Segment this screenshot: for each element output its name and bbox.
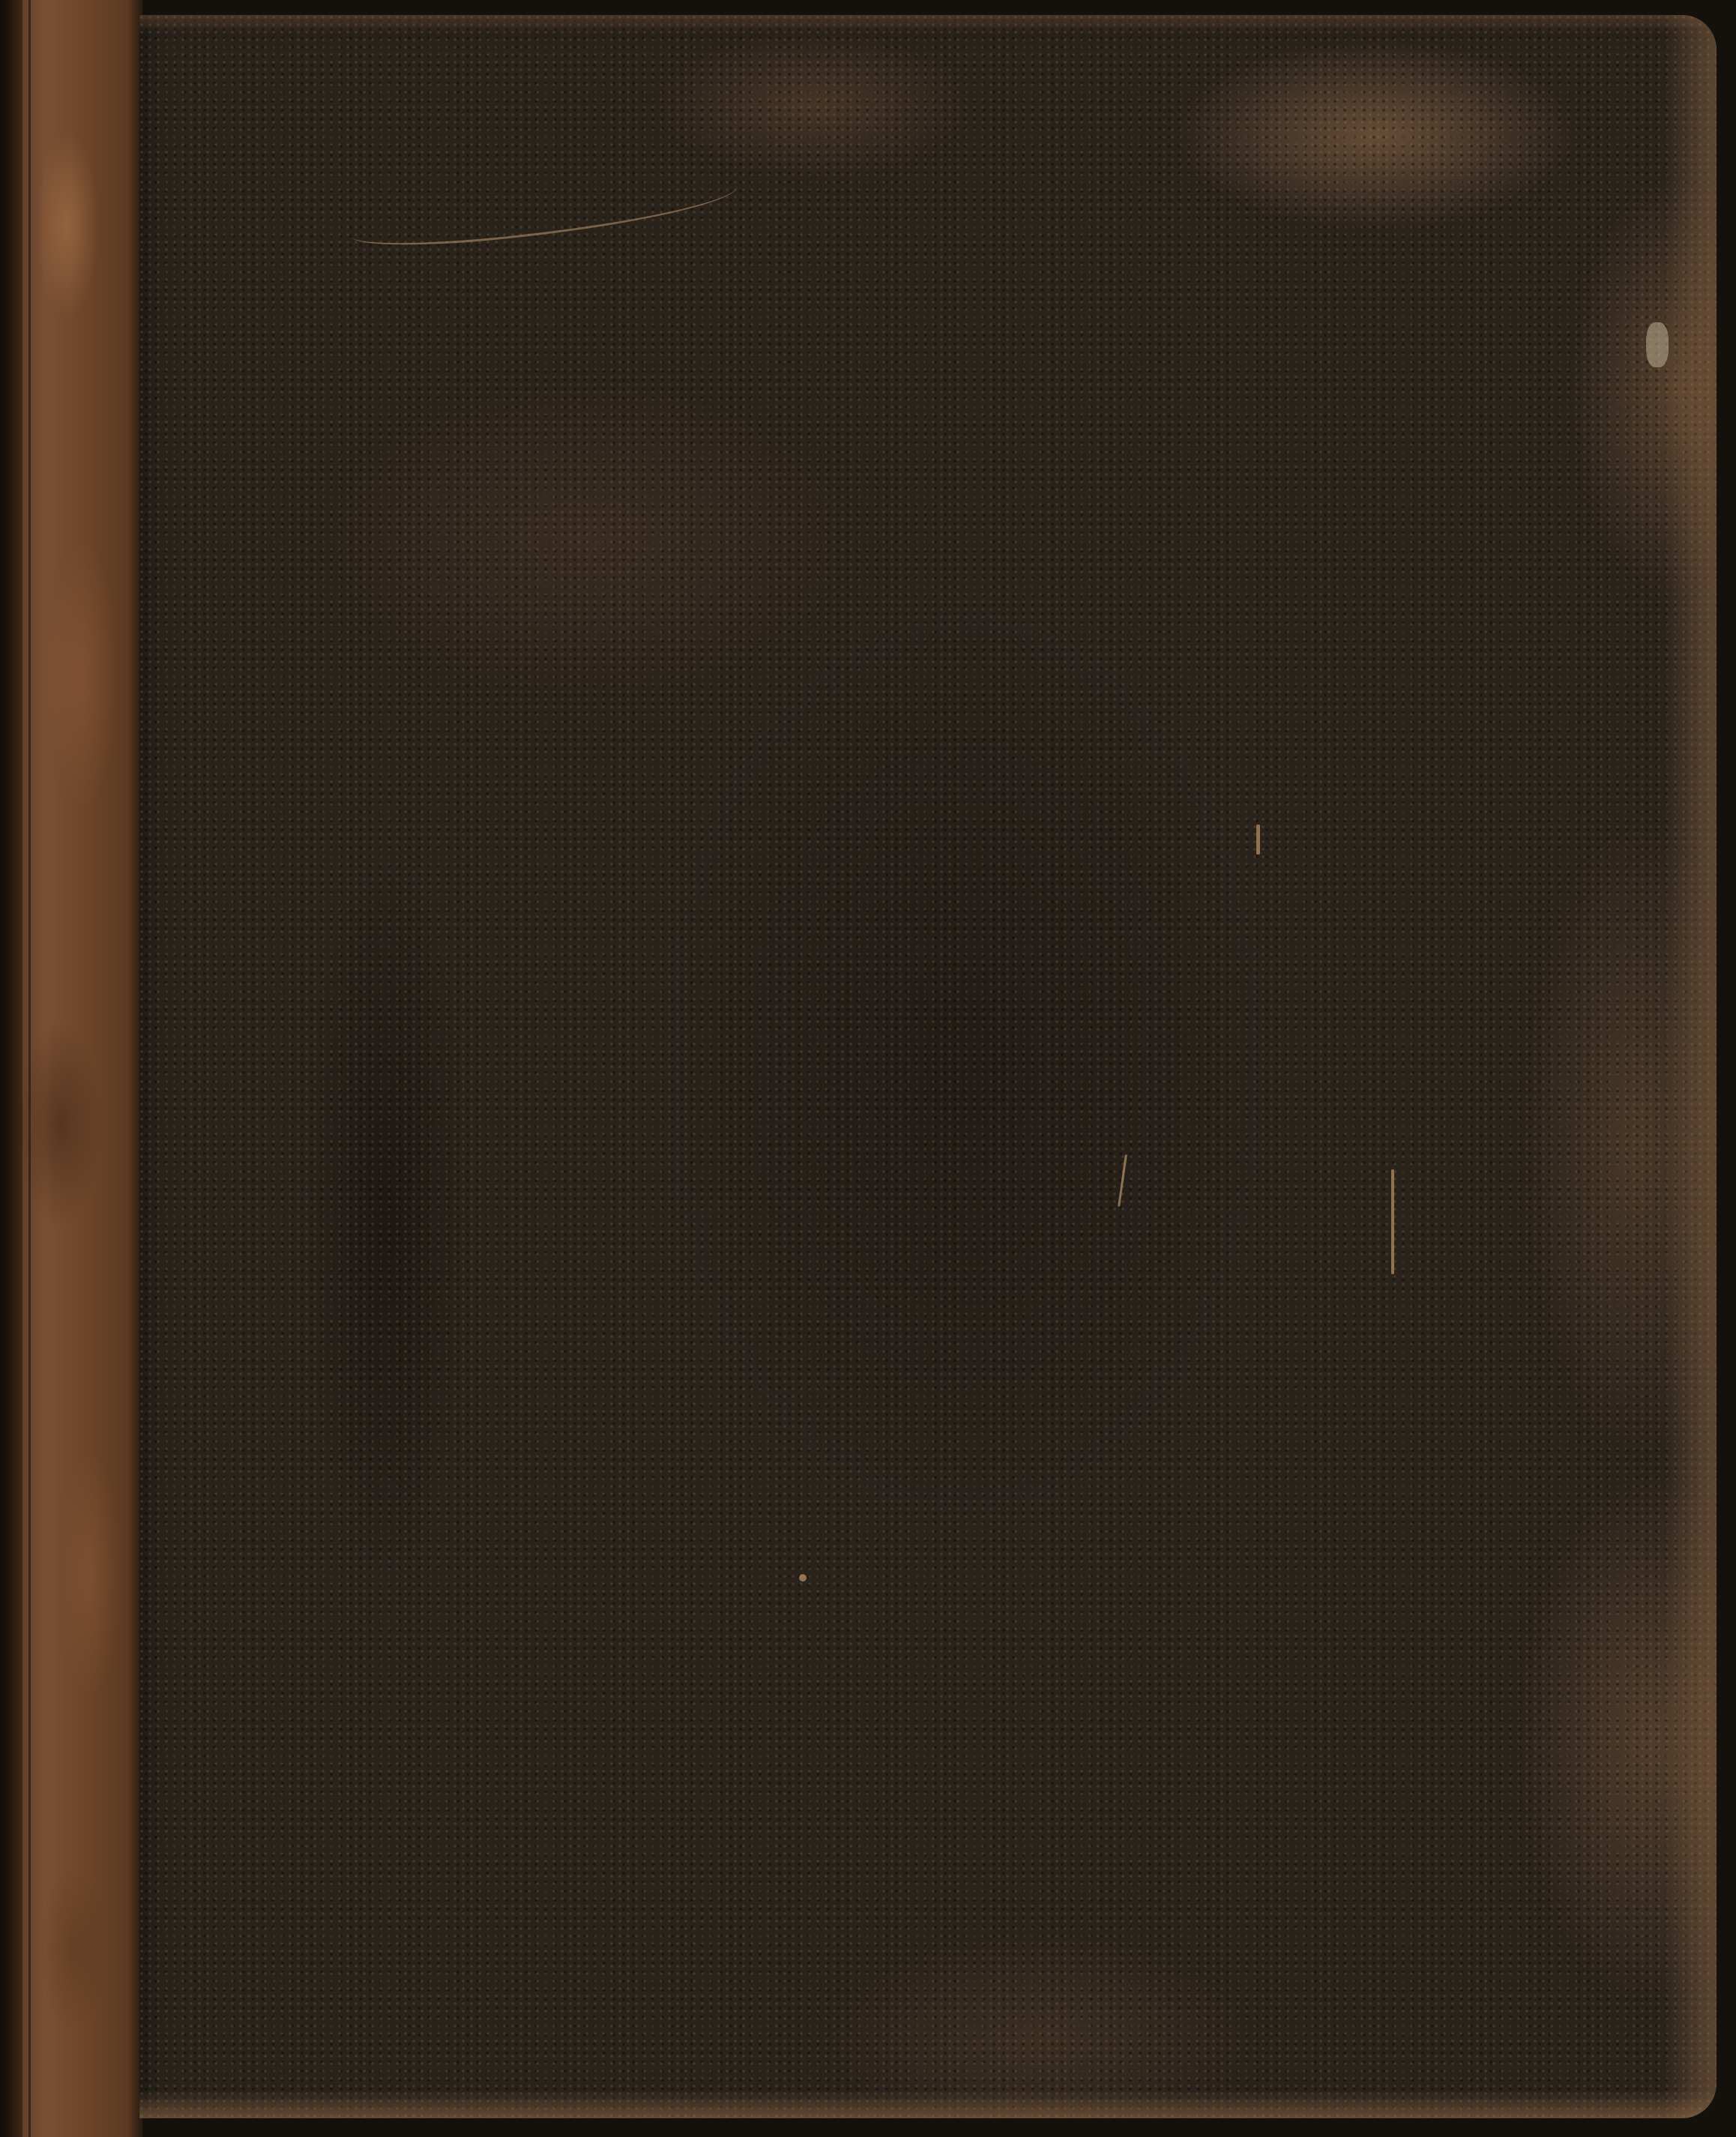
spine-crease <box>28 0 31 2137</box>
worn-bottom-edge <box>139 2091 1717 2118</box>
leather-spine <box>0 0 142 2137</box>
scratch-mark <box>1646 322 1669 367</box>
spine-edge <box>0 0 22 2137</box>
pebble-grain-texture <box>139 15 1717 2118</box>
scratch-mark <box>1391 1169 1394 1274</box>
cloth-cover-board <box>139 15 1717 2118</box>
scratch-mark <box>799 1574 807 1582</box>
book-cover-photo <box>0 0 1736 2137</box>
scratch-mark <box>1256 825 1260 855</box>
worn-right-edge <box>1664 15 1717 2118</box>
worn-top-edge <box>139 15 1717 33</box>
